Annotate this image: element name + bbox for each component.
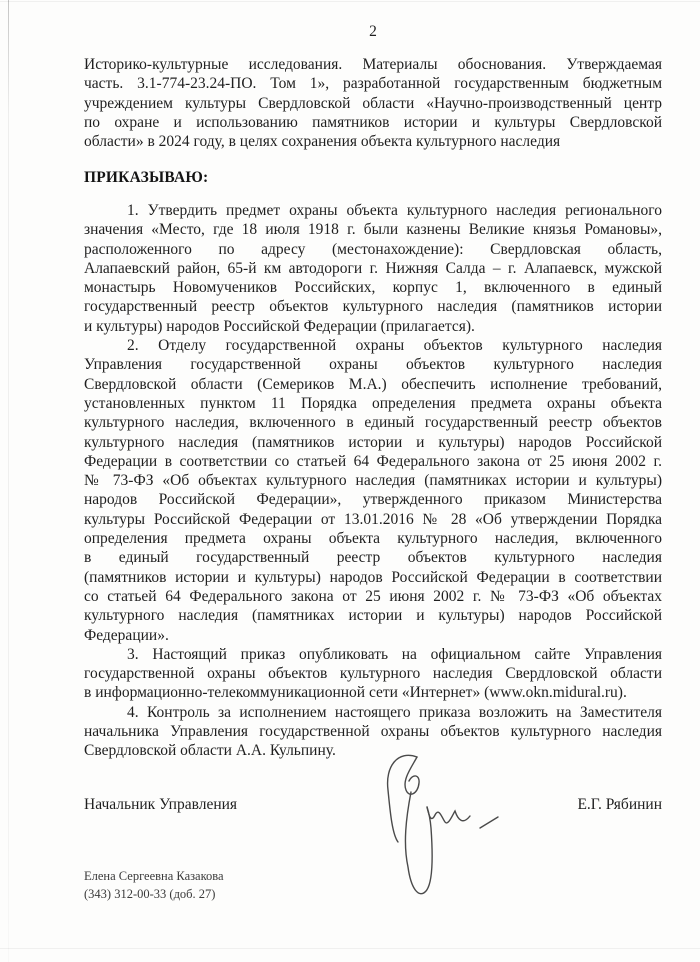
text-line: (памятников истории и культуры) народов … — [84, 568, 662, 587]
intro-paragraph: Историко-культурные исследования. Матери… — [84, 55, 662, 151]
text-line: культурного наследия (памятников истории… — [84, 433, 662, 452]
text-line: Федерации в соответствии со статьей 64 Ф… — [84, 452, 662, 471]
signature-stroke-top-loop — [405, 757, 419, 794]
text-line: 3. Настоящий приказ опубликовать на офиц… — [84, 645, 662, 664]
text-line: и культуры) народов Российской Федерации… — [84, 317, 662, 336]
text-line: установленных пунктом 11 Порядка определ… — [84, 394, 662, 413]
text-line: Свердловской области А.А. Кульпину. — [84, 741, 662, 760]
scan-edge-left — [8, 0, 9, 962]
text-line: государственной охраны объектов культурн… — [84, 664, 662, 683]
text-line: монастырь Новомучеников Российских, корп… — [84, 278, 662, 297]
text-line: культурного наследия, включенного в един… — [84, 413, 662, 432]
order-heading: ПРИКАЗЫВАЮ: — [84, 168, 662, 187]
text-line: Федерации». — [84, 626, 662, 645]
text-line: народов Российской Федерации», утвержден… — [84, 490, 662, 509]
text-line: области» в 2024 году, в целях сохранения… — [84, 132, 662, 151]
text-line: в информационно-телекоммуникационной сет… — [84, 683, 662, 702]
scan-edge-bottom — [0, 948, 700, 949]
signature-stroke-outer-loop — [388, 755, 417, 842]
signature-row: Начальник Управления Е.Г. Рябинин — [84, 795, 662, 814]
order-item-3: 3. Настоящий приказ опубликовать на офиц… — [84, 645, 662, 703]
text-line: в единый государственный реестр объектов… — [84, 548, 662, 567]
order-item-2: 2. Отделу государственной охраны объекто… — [84, 336, 662, 645]
order-item-4: 4. Контроль за исполнением настоящего пр… — [84, 703, 662, 761]
text-line: 2. Отделу государственной охраны объекто… — [84, 336, 662, 355]
text-line: 4. Контроль за исполнением настоящего пр… — [84, 703, 662, 722]
text-line: расположенного по адресу (местонахождени… — [84, 240, 662, 259]
signer-position-title: Начальник Управления — [84, 795, 237, 814]
signature-stroke-m-squiggle — [427, 807, 470, 823]
scan-edge-top — [0, 1, 700, 2]
text-line: государственный реестр объектов культурн… — [84, 297, 662, 316]
text-line: часть. 3.1-774-23.24-ПО. Том 1», разрабо… — [84, 74, 662, 93]
text-line: Алапаевский район, 65-й км автодороги г.… — [84, 259, 662, 278]
text-line: со статьей 64 Федерального закона от 25 … — [84, 587, 662, 606]
order-item-1: 1. Утвердить предмет охраны объекта куль… — [84, 201, 662, 336]
text-line: культуры Российской Федерации от 13.01.2… — [84, 510, 662, 529]
contact-phone: (343) 312-00-33 (доб. 27) — [84, 886, 662, 904]
text-line: по охране и использованию памятников ист… — [84, 113, 662, 132]
text-line: Историко-культурные исследования. Матери… — [84, 55, 662, 74]
text-line: 1. Утвердить предмет охраны объекта куль… — [84, 201, 662, 220]
document-page: 2 Историко-культурные исследования. Мате… — [0, 0, 700, 962]
text-line: учреждением культуры Свердловской област… — [84, 94, 662, 113]
order-items: 1. Утвердить предмет охраны объекта куль… — [84, 201, 662, 761]
text-line: значения «Место, где 18 июля 1918 г. был… — [84, 220, 662, 239]
signer-name: Е.Г. Рябинин — [577, 795, 662, 814]
text-line: культурного наследия (памятниках истории… — [84, 606, 662, 625]
text-line: Управления государственной охраны объект… — [84, 355, 662, 374]
signature-stroke-dash — [480, 817, 498, 828]
footer-contact: Елена Сергеевна Казакова (343) 312-00-33… — [84, 868, 662, 903]
text-line: определения предмета охраны объекта куль… — [84, 529, 662, 548]
text-line: начальника Управления государственной ох… — [84, 722, 662, 741]
page-number: 2 — [84, 22, 662, 41]
text-line: Свердловской области (Семериков М.А.) об… — [84, 375, 662, 394]
text-line: № 73-ФЗ «Об объектах культурного наследи… — [84, 471, 662, 490]
contact-name: Елена Сергеевна Казакова — [84, 868, 662, 886]
